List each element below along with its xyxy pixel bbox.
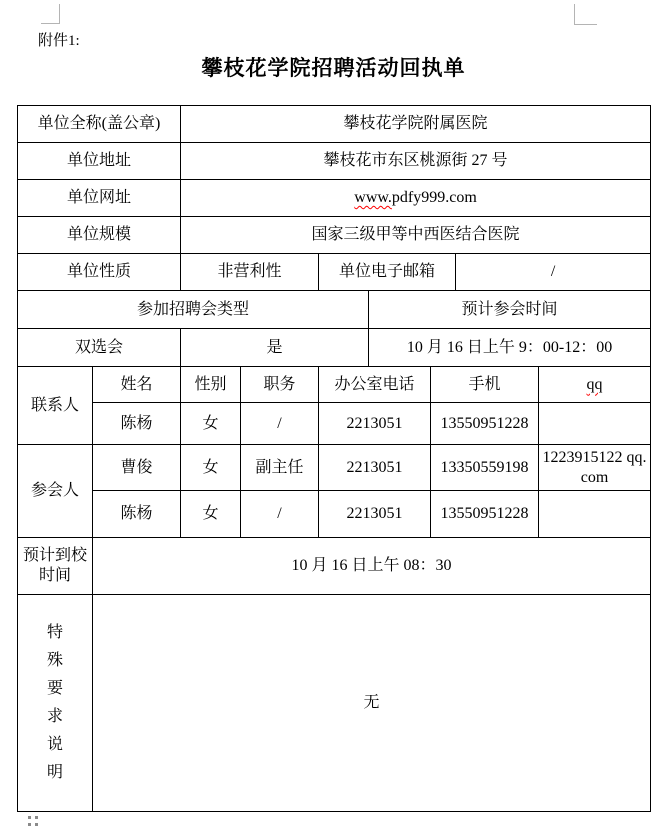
header-position: 职务 xyxy=(241,367,319,403)
unit-name-value[interactable]: 攀枝花学院附属医院 xyxy=(181,106,651,143)
fair-time-header: 预计参会时间 xyxy=(369,291,651,329)
fair-type-value[interactable]: 是 xyxy=(181,329,369,367)
header-mobile: 手机 xyxy=(431,367,539,403)
contact1-name[interactable]: 陈杨 xyxy=(93,403,181,445)
handle-dot-grid xyxy=(28,816,31,819)
table-resize-handle-icon[interactable] xyxy=(28,816,38,826)
unit-email-value[interactable]: / xyxy=(456,254,651,291)
special-requirements-label-text: 特殊要求说明 xyxy=(47,619,63,787)
row-arrival-time: 预计到校时间 10 月 16 日上午 08：30 xyxy=(18,538,651,595)
attendee2-office-phone[interactable]: 2213051 xyxy=(319,491,431,538)
qq-header-text: qq xyxy=(587,376,603,393)
unit-email-label: 单位电子邮箱 xyxy=(319,254,456,291)
contact1-mobile[interactable]: 13550951228 xyxy=(431,403,539,445)
fair-type-header: 参加招聘会类型 xyxy=(18,291,369,329)
contact-row-1: 陈杨 女 / 2213051 13550951228 xyxy=(18,403,651,445)
row-special-requirements: 特殊要求说明 无 xyxy=(18,595,651,812)
page-title: 攀枝花学院招聘活动回执单 xyxy=(0,52,667,82)
header-qq: qq xyxy=(539,367,651,403)
receipt-form-table: 单位全称(盖公章) 攀枝花学院附属医院 单位地址 攀枝花市东区桃源街 27 号 … xyxy=(17,105,651,812)
contact1-position[interactable]: / xyxy=(241,403,319,445)
unit-name-label: 单位全称(盖公章) xyxy=(18,106,181,143)
fair-type-name[interactable]: 双选会 xyxy=(18,329,181,367)
attendee1-name[interactable]: 曹俊 xyxy=(93,445,181,491)
attendee2-gender[interactable]: 女 xyxy=(181,491,241,538)
row-unit-scale: 单位规模 国家三级甲等中西医结合医院 xyxy=(18,217,651,254)
header-gender: 性别 xyxy=(181,367,241,403)
unit-scale-value[interactable]: 国家三级甲等中西医结合医院 xyxy=(181,217,651,254)
attendee2-position[interactable]: / xyxy=(241,491,319,538)
unit-nature-label: 单位性质 xyxy=(18,254,181,291)
attachment-label: 附件1: xyxy=(38,29,80,50)
row-unit-address: 单位地址 攀枝花市东区桃源街 27 号 xyxy=(18,143,651,180)
unit-website-label: 单位网址 xyxy=(18,180,181,217)
unit-scale-label: 单位规模 xyxy=(18,217,181,254)
fair-time-value[interactable]: 10 月 16 日上午 9：00-12：00 xyxy=(369,329,651,367)
row-fair-values: 双选会 是 10 月 16 日上午 9：00-12：00 xyxy=(18,329,651,367)
header-name: 姓名 xyxy=(93,367,181,403)
website-domain-part: pdfy999.com xyxy=(392,189,477,206)
unit-address-value[interactable]: 攀枝花市东区桃源街 27 号 xyxy=(181,143,651,180)
row-contact-headers: 联系人 姓名 性别 职务 办公室电话 手机 qq xyxy=(18,367,651,403)
attendee1-mobile[interactable]: 13350559198 xyxy=(431,445,539,491)
attendee1-office-phone[interactable]: 2213051 xyxy=(319,445,431,491)
contact1-qq[interactable] xyxy=(539,403,651,445)
attendee-row-1: 参会人 曹俊 女 副主任 2213051 13350559198 1223915… xyxy=(18,445,651,491)
attendee2-qq[interactable] xyxy=(539,491,651,538)
attendee1-qq[interactable]: 1223915122 qq.com xyxy=(539,445,651,491)
website-www-part: www. xyxy=(354,189,392,206)
attendee-row-2: 陈杨 女 / 2213051 13550951228 xyxy=(18,491,651,538)
attendee2-name[interactable]: 陈杨 xyxy=(93,491,181,538)
special-requirements-label: 特殊要求说明 xyxy=(18,595,93,812)
document-page: 附件1: 攀枝花学院招聘活动回执单 单位全称(盖公章) 攀枝花学院附属医院 单位… xyxy=(0,0,667,830)
unit-website-value[interactable]: www.pdfy999.com xyxy=(181,180,651,217)
row-unit-website: 单位网址 www.pdfy999.com xyxy=(18,180,651,217)
contact1-gender[interactable]: 女 xyxy=(181,403,241,445)
attendee1-gender[interactable]: 女 xyxy=(181,445,241,491)
row-unit-name: 单位全称(盖公章) 攀枝花学院附属医院 xyxy=(18,106,651,143)
margin-crop-mark-left xyxy=(41,4,60,24)
special-requirements-value[interactable]: 无 xyxy=(93,595,651,812)
margin-crop-mark-right xyxy=(574,4,597,25)
arrival-time-value[interactable]: 10 月 16 日上午 08：30 xyxy=(93,538,651,595)
row-fair-headers: 参加招聘会类型 预计参会时间 xyxy=(18,291,651,329)
contact-group-label: 联系人 xyxy=(18,367,93,445)
unit-nature-value[interactable]: 非营利性 xyxy=(181,254,319,291)
attendee1-position[interactable]: 副主任 xyxy=(241,445,319,491)
header-office-phone: 办公室电话 xyxy=(319,367,431,403)
attendee-group-label: 参会人 xyxy=(18,445,93,538)
arrival-time-label: 预计到校时间 xyxy=(18,538,93,595)
row-unit-nature: 单位性质 非营利性 单位电子邮箱 / xyxy=(18,254,651,291)
attendee2-mobile[interactable]: 13550951228 xyxy=(431,491,539,538)
contact1-office-phone[interactable]: 2213051 xyxy=(319,403,431,445)
unit-address-label: 单位地址 xyxy=(18,143,181,180)
